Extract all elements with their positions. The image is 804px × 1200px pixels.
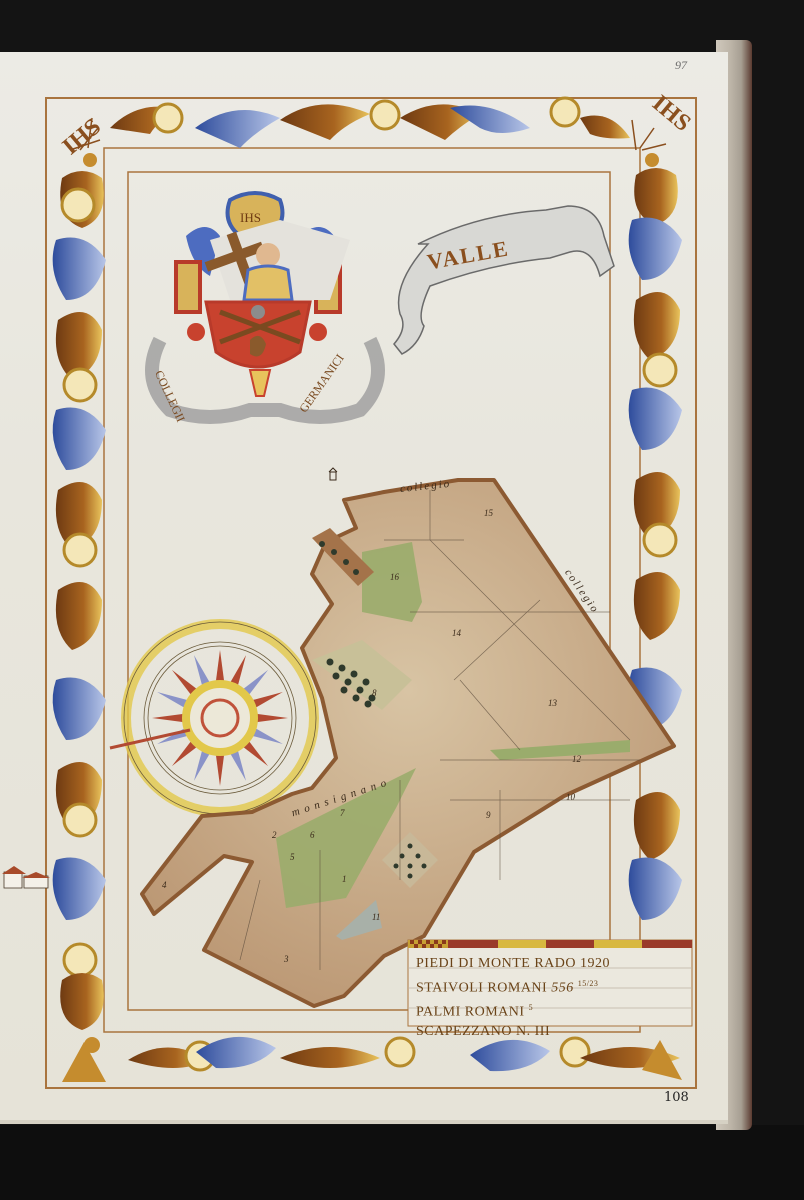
svg-text:8: 8 — [372, 688, 377, 698]
coat-of-arms: IHS COLLEGII GERMANICI — [152, 193, 378, 424]
title-banner: VALLE — [394, 206, 614, 354]
village-sketch-icon — [2, 866, 50, 888]
svg-text:2: 2 — [272, 830, 277, 840]
svg-text:14: 14 — [452, 628, 462, 638]
svg-text:12: 12 — [572, 754, 582, 764]
svg-text:IHS: IHS — [240, 210, 261, 225]
svg-text:15: 15 — [484, 508, 494, 518]
page-number: 108 — [664, 1090, 689, 1105]
svg-text:11: 11 — [372, 912, 380, 922]
svg-text:16: 16 — [390, 572, 400, 582]
ihs-monogram-top-left: IHS — [58, 114, 106, 161]
svg-text:3: 3 — [283, 954, 289, 964]
border-left-ornaments — [53, 153, 106, 1030]
svg-text:9: 9 — [486, 810, 491, 820]
svg-text:6: 6 — [310, 830, 315, 840]
svg-text:GERMANICI: GERMANICI — [296, 351, 346, 415]
border-top-ornaments — [110, 98, 630, 148]
legend-row-staivoli: STAIVOLI ROMANI 556 15/23 — [416, 974, 686, 998]
legend-row-piedi: PIEDI DI MONTE RADO 1920 — [416, 954, 686, 974]
svg-text:1: 1 — [342, 874, 347, 884]
legend-text: PIEDI DI MONTE RADO 1920 STAIVOLI ROMANI… — [416, 954, 686, 1041]
border-bottom-ornaments — [62, 1037, 682, 1082]
legend-row-palmi: PALMI ROMANI 5 — [416, 998, 686, 1022]
svg-text:13: 13 — [548, 698, 558, 708]
svg-text:5: 5 — [290, 852, 295, 862]
svg-text:10: 10 — [566, 792, 576, 802]
svg-text:4: 4 — [162, 880, 167, 890]
border-right-ornaments — [629, 153, 682, 1025]
ihs-monogram-top-right: IHS — [632, 90, 696, 150]
legend-row-scapezzano: SCAPEZZANO N. III — [416, 1022, 686, 1042]
compass-rose — [110, 622, 316, 814]
svg-text:7: 7 — [340, 808, 345, 818]
chapel-icon — [329, 468, 337, 480]
svg-text:IHS: IHS — [58, 114, 106, 161]
